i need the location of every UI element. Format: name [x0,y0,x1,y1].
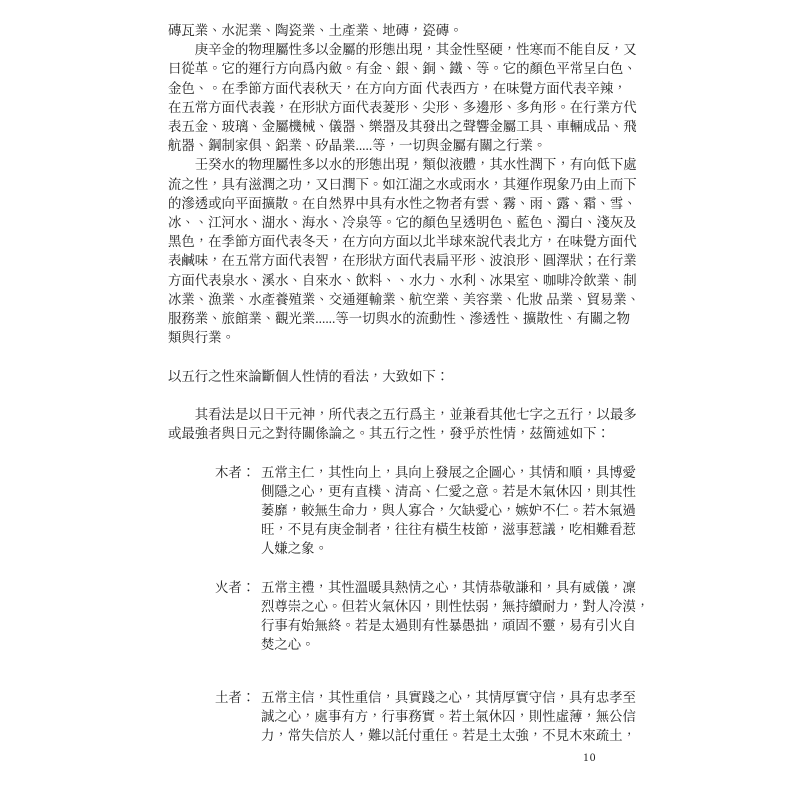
block-line: 誠之心，處事有方，行事務實。若土氣休囚，則性虛薄，無公信 [215,707,638,726]
intro-line: 以五行之性來論斷個人性情的看法，大致如下： [168,367,638,386]
book-page: 磚瓦業、水泥業、陶瓷業、土產業、地磚，瓷磚。 庚辛金的物理屬性多以金屬的形態出現… [0,0,800,800]
body-line: 磚瓦業、水泥業、陶瓷業、土產業、地磚，瓷磚。 [168,21,638,40]
block-text: 五常主仁，其性向上，具向上發展之企圖心，其情和順，具博愛 [261,465,636,480]
body-line: 冰、、江河水、湖水、海水、冷泉等。它的顏色呈透明色、藍色、濁白、淺灰及 [168,213,638,232]
element-block-earth: 土者：五常主信，其性重信，具實踐之心，其情厚實守信，具有忠孝至 誠之心，處事有方… [215,688,638,746]
body-line: 航器、鋼制家俱、鋁業、矽晶業.....等，一切與金屬有關之行業。 [168,136,638,155]
block-line: 烈尊崇之心。但若火氣休囚，則性怯弱，無持續耐力，對人冷漠， [215,597,638,616]
element-block-wood: 木者：五常主仁，其性向上，具向上發展之企圖心，其情和順，具博愛 側隱之心，更有直… [215,463,638,559]
block-line: 焚之心。 [215,635,638,654]
block-text: 五常主信，其性重信，具實踐之心，其情厚實守信，具有忠孝至 [261,690,636,705]
block-line: 側隱之心，更有直樸、清高、仁愛之意。若是木氣休囚，則其性 [215,482,638,501]
method-line: 其看法是以日干元神，所代表之五行爲主，並兼看其他七字之五行，以最多 [168,405,638,424]
block-line: 木者：五常主仁，其性向上，具向上發展之企圖心，其情和順，具博愛 [215,463,638,482]
block-line: 火者：五常主禮，其性溫暖具熱情之心，其情恭敬謙和，具有威儀，凜 [215,578,638,597]
body-line: 服務業、旅館業、觀光業......等一切與水的流動性、滲透性、擴散性、有關之物 [168,309,638,328]
body-line: 冰業、漁業、水產養殖業、交通運輸業、航空業、美容業、化妝 品業、貿易業、 [168,290,638,309]
method-line: 或最強者與日元之對待關係論之。其五行之性，發乎於性情，茲簡述如下： [168,424,638,443]
method-paragraph: 其看法是以日干元神，所代表之五行爲主，並兼看其他七字之五行，以最多 或最強者與日… [168,405,638,443]
body-line: 表五金、玻璃、金屬機械、儀器、樂器及其發出之聲響金屬工具、車輛成品、飛 [168,117,638,136]
block-line: 人嫌之象。 [215,539,638,558]
body-line: 金色、。在季節方面代表秋天，在方向方面 代表西方，在味覺方面代表辛辣， [168,79,638,98]
body-line: 表鹹味，在五常方面代表智，在形狀方面代表扁平形、波浪形、圓澤狀；在行業 [168,251,638,270]
block-text: 五常主禮，其性溫暖具熱情之心，其情恭敬謙和，具有威儀，凜 [261,580,636,595]
body-line: 在五常方面代表義，在形狀方面代表菱形、尖形、多邊形、多角形。在行業方代 [168,98,638,117]
body-line: 黑色，在季節方面代表冬天，在方向方面以北半球來說代表北方，在味覺方面代 [168,232,638,251]
page-number: 10 [583,752,597,764]
body-line: 的滲透或向平面擴散。在自然界中具有水性之物者有雲、霧、雨、露、霜、雪、 [168,194,638,213]
body-line: 曰從革。它的運行方向爲內斂。有金、銀、銅、鐵、等。它的顏色平常呈白色、 [168,59,638,78]
block-line: 力，常失信於人，難以託付重任。若是土太強，不見木來疏土， [215,726,638,745]
body-line: 方面代表泉水、溪水、自來水、飲料、、水力、水利、冰果室、咖啡冷飲業、制 [168,271,638,290]
body-line: 類與行業。 [168,328,638,347]
element-block-fire: 火者：五常主禮，其性溫暖具熱情之心，其情恭敬謙和，具有威儀，凜 烈尊崇之心。但若… [215,578,638,655]
body-line: 流之性，具有滋潤之功，又曰潤下。如江湖之水或雨水，其運作現象乃由上而下 [168,175,638,194]
block-label-earth: 土者： [215,688,261,707]
block-line: 旺，不見有庚金制者，往往有橫生枝節，滋事惹議，吃相難看惹 [215,520,638,539]
block-label-fire: 火者： [215,578,261,597]
block-line: 行事有始無終。若是太過則有性暴愚拙，頑固不靈，易有引火自 [215,616,638,635]
block-label-wood: 木者： [215,463,261,482]
page-text-area: 磚瓦業、水泥業、陶瓷業、土產業、地磚，瓷磚。 庚辛金的物理屬性多以金屬的形態出現… [168,21,638,745]
block-line: 土者：五常主信，其性重信，具實踐之心，其情厚實守信，具有忠孝至 [215,688,638,707]
body-line: 壬癸水的物理屬性多以水的形態出現，類似液體，其水性潤下，有向低下處 [168,155,638,174]
body-line: 庚辛金的物理屬性多以金屬的形態出現，其金性堅硬，性寒而不能自反，又 [168,40,638,59]
block-line: 萎靡，較無生命力，與人寡合，欠缺愛心，嫉妒不仁。若木氣過 [215,501,638,520]
